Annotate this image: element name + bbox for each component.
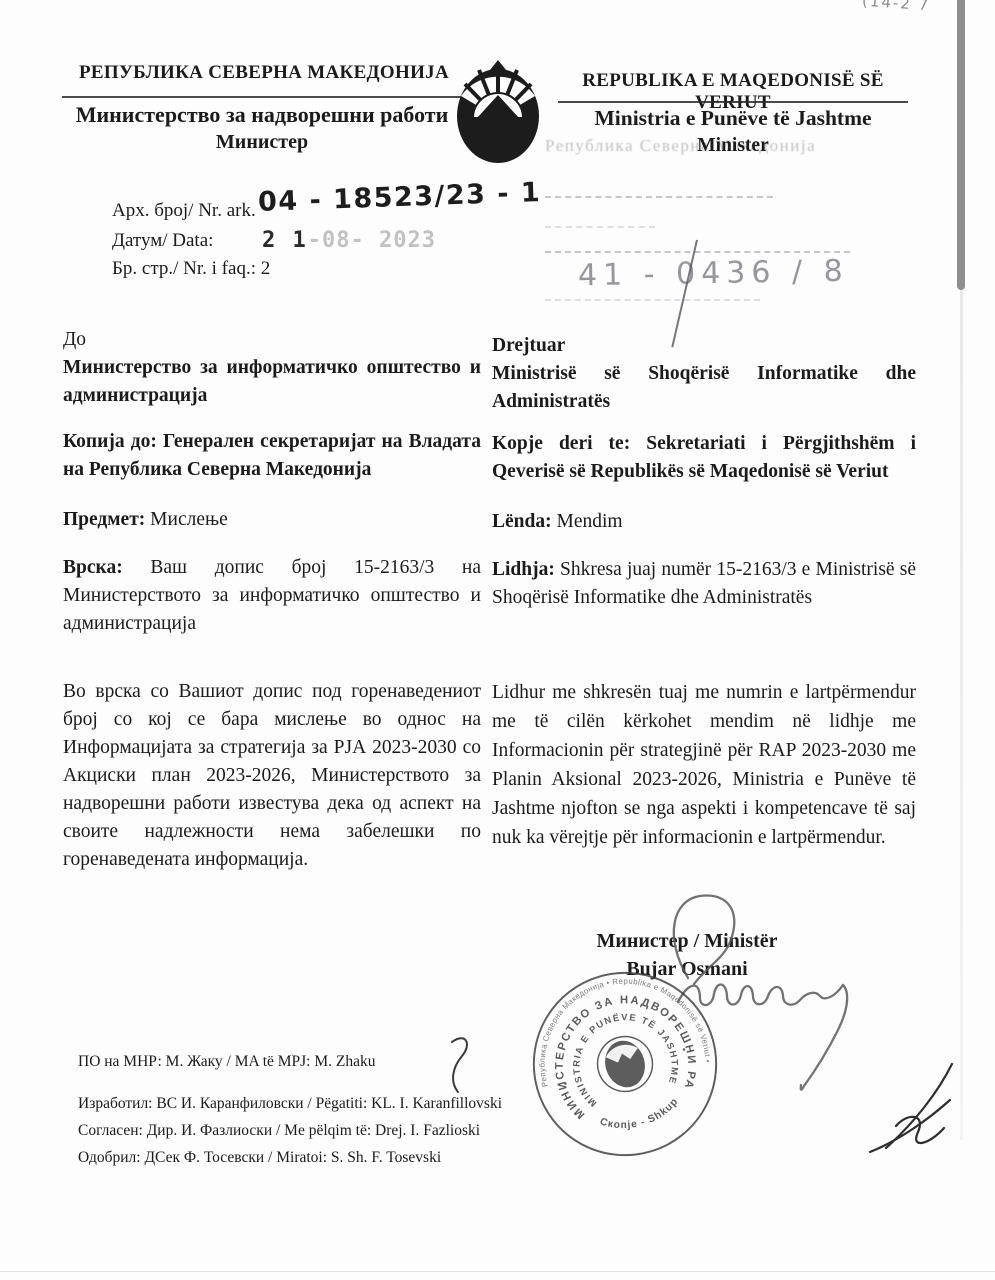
document-page: (14-2 7 РЕПУБЛИКА СЕВЕРНА МАКЕДОНИЈА Мин… xyxy=(0,0,995,1280)
reference-mk: Врска: Ваш допис број 15-2163/3 на Минис… xyxy=(63,554,481,638)
received-stamp-line xyxy=(545,226,655,228)
subject-mk: Предмет: Мислење xyxy=(63,506,481,534)
body-paragraph-mk: Во врска со Вашиот допис под горенаведен… xyxy=(63,678,481,874)
header-role-mk: Министер xyxy=(52,131,472,154)
salutation-sq: Drejtuar xyxy=(492,332,916,360)
footer-agreed-line: Согласен: Дир. И. Фазлиоски / Me pëlqim … xyxy=(78,1117,638,1144)
footer-prepared-line: Изработил: ВС И. Каранфиловски / Pëgatit… xyxy=(78,1090,638,1117)
subject-label-sq: Lënda: xyxy=(492,511,552,532)
footer-po-line: ПО на МНР: М. Жаку / MA të MPJ: M. Zhaku xyxy=(78,1048,376,1075)
page-bottom-edge xyxy=(0,1271,995,1272)
pages-label: Бр. стр./ Nr. i faq.: 2 xyxy=(112,258,270,280)
scan-edge-artifact xyxy=(957,0,965,290)
date-label: Датум/ Data: xyxy=(112,230,213,252)
corner-handwriting: (14-2 7 xyxy=(861,0,930,14)
copy-to-sq: Kopje deri te: Sekretariati i Përgjithsh… xyxy=(492,430,916,486)
reference-value-sq: Shkresa juaj numër 15-2163/3 e Ministris… xyxy=(492,559,916,608)
subject-value-mk: Мислење xyxy=(150,509,228,530)
date-stamp-faded: -08- 2023 xyxy=(308,228,436,253)
salutation-mk: До xyxy=(63,326,481,354)
reference-label-sq: Lidhja: xyxy=(492,559,555,580)
recipient-mk: Министерство за информатичко општество и… xyxy=(63,354,481,410)
received-stamp-line xyxy=(545,251,850,253)
arch-number-handwritten: 04 - 18523/23 - 1 xyxy=(258,177,542,218)
header-country-mk: РЕПУБЛИКА СЕВЕРНА МАКЕДОНИЈА xyxy=(64,62,464,84)
footer-approval-lines: Изработил: ВС И. Каранфиловски / Pëgatit… xyxy=(78,1090,638,1171)
header-ministry-mk: Министерство за надворешни работи xyxy=(52,102,472,128)
copy-to-mk: Копија до: Генерален секретаријат на Вла… xyxy=(63,428,481,484)
reference-sq: Lidhja: Shkresa juaj numër 15-2163/3 e M… xyxy=(492,556,916,612)
received-number-handwritten: 41 - 0436 / 8 xyxy=(578,254,849,294)
footer-initials-scribble xyxy=(850,1058,970,1170)
header-rule-right xyxy=(558,101,908,103)
header-role-sq: Minister xyxy=(552,135,914,157)
body-paragraph-sq: Lidhur me shkresën tuaj me numrin e lart… xyxy=(492,678,916,852)
recipient-sq: Ministrisë së Shoqërisë Informatike dhe … xyxy=(492,360,916,416)
subject-value-sq: Mendim xyxy=(556,511,622,532)
date-stamp-clear: 2 1 xyxy=(262,228,308,253)
subject-label-mk: Предмет: xyxy=(63,509,145,530)
subject-sq: Lënda: Mendim xyxy=(492,508,916,536)
reference-label-mk: Врска: xyxy=(63,557,123,578)
scan-edge-line xyxy=(960,290,963,1140)
footer-approved-line: Одобрил: ДСек Ф. Тосевски / Miratoi: S. … xyxy=(78,1144,638,1171)
header-ministry-sq: Ministria e Punëve të Jashtme xyxy=(552,106,914,131)
arch-number-label: Арх. број/ Nr. ark. xyxy=(112,200,256,222)
coat-of-arms-icon xyxy=(452,56,544,168)
date-stamp: 2 1-08- 2023 xyxy=(262,228,436,253)
header-rule-left xyxy=(62,96,500,98)
reference-value-mk: Ваш допис број 15-2163/3 на Министерство… xyxy=(63,557,481,634)
received-stamp-line xyxy=(545,196,773,198)
received-stamp-line xyxy=(545,299,760,301)
